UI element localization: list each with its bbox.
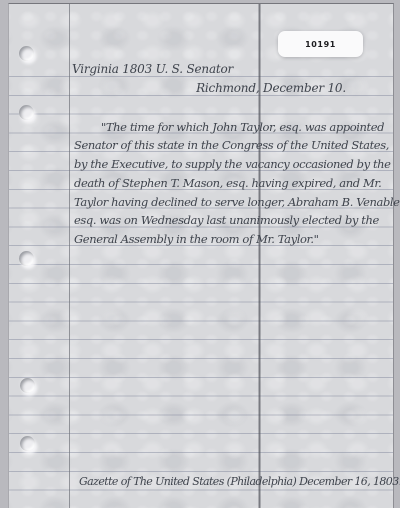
punch-hole	[19, 251, 34, 266]
punch-hole	[19, 46, 34, 61]
heading-title: Virginia 1803 U. S. Senator	[72, 61, 233, 77]
body-line: General Assembly in the room of Mr. Tayl…	[74, 230, 396, 249]
body-line: death of Stephen T. Mason, esq. having e…	[74, 174, 396, 193]
margin-line	[69, 4, 70, 508]
source-citation: Gazette of The United States (Philadelph…	[79, 474, 400, 490]
dateline: Richmond, December 10.	[196, 80, 346, 96]
body-line: Senator of this state in the Congress of…	[74, 136, 396, 155]
body-line: "The time for which John Taylor, esq. wa…	[74, 118, 396, 137]
punch-hole	[20, 436, 35, 451]
body-line: Taylor having declined to serve longer, …	[74, 193, 396, 212]
punch-hole	[19, 105, 34, 120]
catalog-number: 10191	[305, 40, 336, 49]
punch-hole	[20, 378, 35, 393]
body-paragraph: "The time for which John Taylor, esq. wa…	[74, 118, 396, 250]
body-line: by the Executive, to supply the vacancy …	[74, 155, 396, 174]
body-line: esq. was on Wednesday last unanimously e…	[74, 211, 396, 230]
notebook-page: 10191 Virginia 1803 U. S. Senator Richmo…	[8, 3, 394, 508]
catalog-sticker: 10191	[278, 31, 363, 57]
